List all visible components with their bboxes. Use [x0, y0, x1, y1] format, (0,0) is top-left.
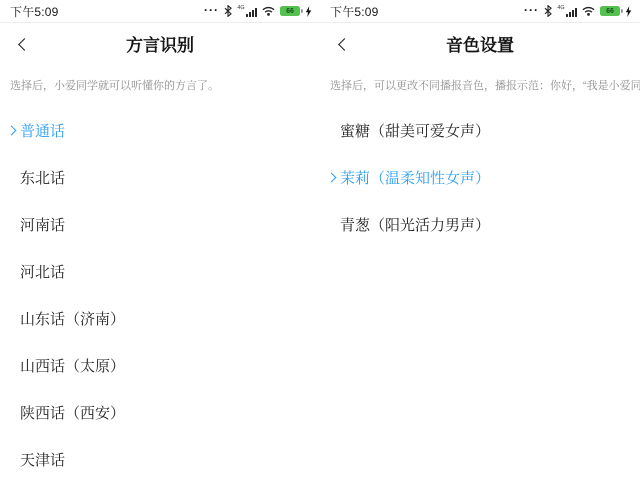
battery-icon: 66 [600, 6, 620, 16]
status-icons: ··· 4G 66 [524, 5, 632, 17]
more-dots-icon: ··· [204, 4, 219, 16]
wifi-icon [262, 6, 275, 16]
list-item-label: 天津话 [20, 449, 65, 470]
status-bar: 下午5:09 ··· 4G 66 [320, 0, 640, 23]
dual-screenshot-canvas: 下午5:09 ··· 4G 66 [0, 0, 640, 497]
battery-percent: 66 [286, 8, 294, 15]
status-time: 下午5:09 [10, 3, 59, 20]
signal-bars-icon: 4G [557, 5, 577, 17]
back-chevron-icon [18, 38, 31, 51]
nav-bar: 音色设置 [320, 23, 640, 67]
list-item-label: 青葱（阳光活力男声） [340, 214, 490, 235]
bluetooth-icon [544, 5, 552, 17]
back-chevron-icon [338, 38, 351, 51]
list-item-label: 普通话 [20, 120, 65, 141]
screen-dialect-recognition: 下午5:09 ··· 4G 66 [0, 0, 320, 497]
list-item[interactable]: 青葱（阳光活力男声） [320, 201, 640, 248]
charging-bolt-icon [305, 6, 312, 17]
list-item[interactable]: 蜜糖（甜美可爱女声） [320, 107, 640, 154]
list-item-label: 山东话（济南） [20, 308, 125, 329]
list-item[interactable]: 山东话（济南） [0, 295, 320, 342]
charging-bolt-icon [625, 6, 632, 17]
bluetooth-icon [224, 5, 232, 17]
list-item-label: 东北话 [20, 167, 65, 188]
wifi-icon [582, 6, 595, 16]
status-time: 下午5:09 [330, 3, 379, 20]
page-description: 选择后，可以更改不同播报音色，播报示范：你好，“我是小爱同学” [330, 79, 630, 93]
page-description: 选择后，小爱同学就可以听懂你的方言了。 [10, 79, 310, 93]
nav-bar: 方言识别 [0, 23, 320, 67]
selected-chevron-icon [327, 172, 337, 182]
status-bar: 下午5:09 ··· 4G 66 [0, 0, 320, 23]
signal-bars-icon: 4G [237, 5, 257, 17]
list-item-label: 茉莉（温柔知性女声） [340, 167, 490, 188]
back-button[interactable] [336, 37, 354, 53]
voice-list: 蜜糖（甜美可爱女声）茉莉（温柔知性女声）青葱（阳光活力男声） [320, 107, 640, 248]
battery-percent: 66 [606, 8, 614, 15]
network-type-label: 4G [557, 5, 564, 10]
list-item[interactable]: 陕西话（西安） [0, 389, 320, 436]
list-item[interactable]: 茉莉（温柔知性女声） [320, 154, 640, 201]
back-button[interactable] [16, 37, 34, 53]
dialect-list: 普通话东北话河南话河北话山东话（济南）山西话（太原）陕西话（西安）天津话 [0, 107, 320, 483]
battery-icon: 66 [280, 6, 300, 16]
list-item-label: 山西话（太原） [20, 355, 125, 376]
network-type-label: 4G [237, 5, 244, 10]
status-icons: ··· 4G 66 [204, 5, 312, 17]
page-title: 方言识别 [0, 23, 320, 69]
list-item[interactable]: 河北话 [0, 248, 320, 295]
page-title: 音色设置 [320, 23, 640, 69]
screen-voice-settings: 下午5:09 ··· 4G 66 [320, 0, 640, 497]
list-item[interactable]: 天津话 [0, 436, 320, 483]
list-item-label: 陕西话（西安） [20, 402, 125, 423]
selected-chevron-icon [7, 125, 17, 135]
list-item[interactable]: 河南话 [0, 201, 320, 248]
list-item-label: 河北话 [20, 261, 65, 282]
more-dots-icon: ··· [524, 4, 539, 16]
list-item-label: 河南话 [20, 214, 65, 235]
list-item[interactable]: 山西话（太原） [0, 342, 320, 389]
list-item[interactable]: 东北话 [0, 154, 320, 201]
list-item[interactable]: 普通话 [0, 107, 320, 154]
list-item-label: 蜜糖（甜美可爱女声） [340, 120, 490, 141]
